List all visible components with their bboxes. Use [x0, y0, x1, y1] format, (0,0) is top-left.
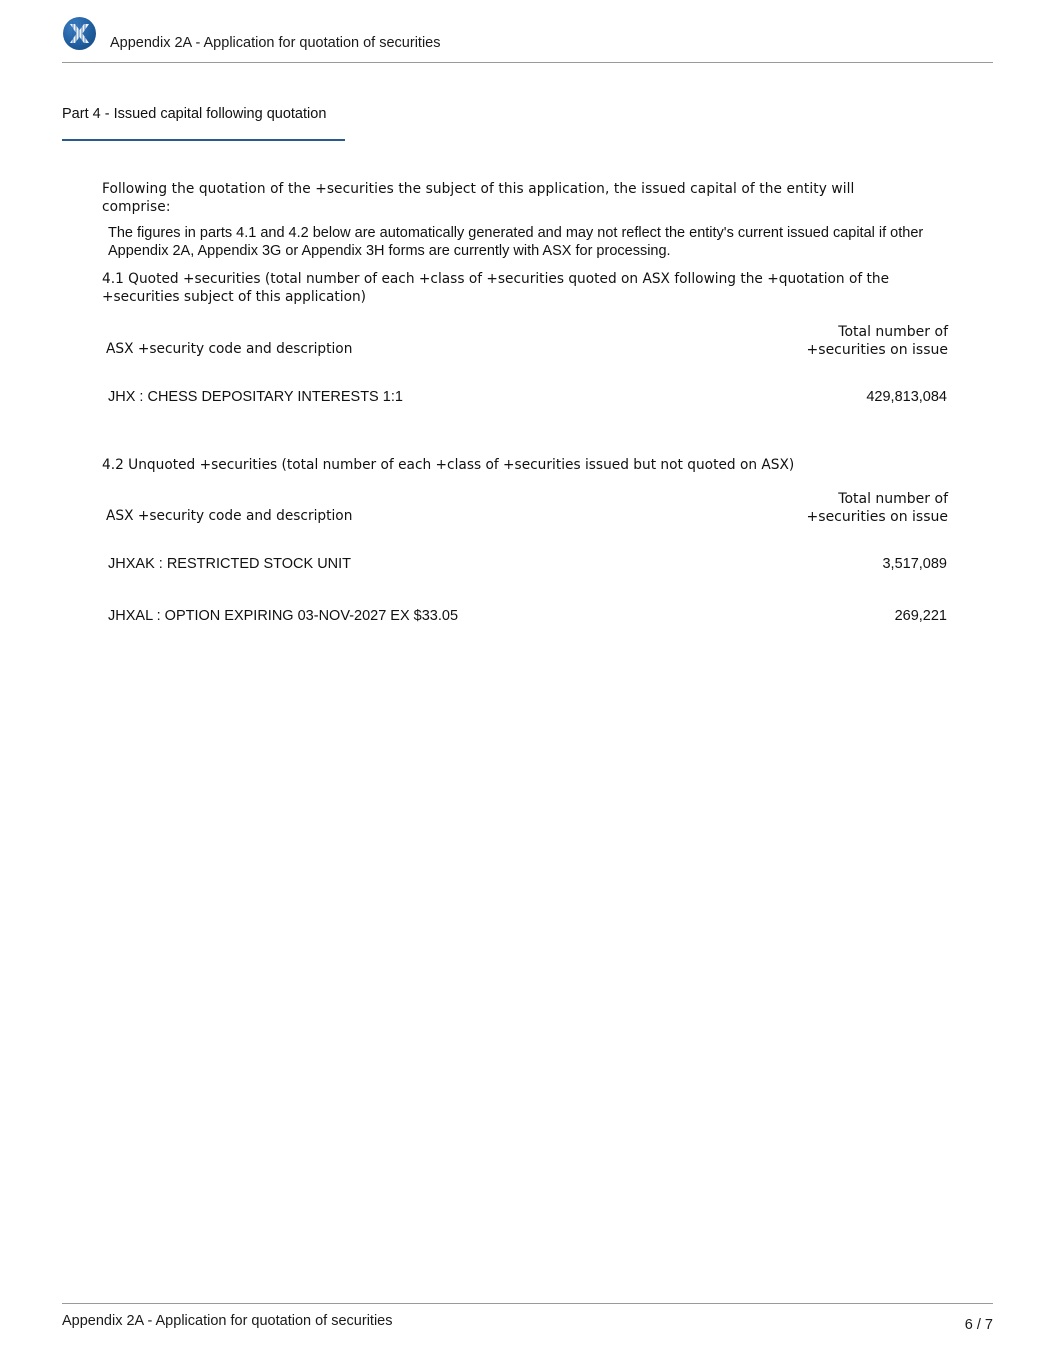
unquoted-securities-heading: 4.2 Unquoted +securities (total number o…: [102, 456, 935, 474]
column-header-total-line2: +securities on issue: [807, 341, 948, 359]
security-total: 429,813,084: [866, 389, 947, 405]
section-underline: [62, 139, 345, 141]
footer-divider: [62, 1303, 993, 1304]
footer-title: Appendix 2A - Application for quotation …: [62, 1313, 392, 1329]
column-header-total-line1: Total number of: [807, 490, 948, 508]
column-header-total: Total number of +securities on issue: [807, 490, 948, 526]
security-description: JHX : CHESS DEPOSITARY INTERESTS 1:1: [108, 389, 403, 405]
asx-logo-icon: [63, 17, 96, 50]
page-number: 6 / 7: [965, 1317, 993, 1333]
document-title: Appendix 2A - Application for quotation …: [110, 35, 440, 51]
security-total: 3,517,089: [882, 556, 947, 572]
page-header: Appendix 2A - Application for quotation …: [62, 16, 993, 63]
section-title: Part 4 - Issued capital following quotat…: [62, 106, 326, 122]
table-row: JHX : CHESS DEPOSITARY INTERESTS 1:1 429…: [106, 389, 948, 409]
quoted-securities-heading: 4.1 Quoted +securities (total number of …: [102, 270, 935, 306]
column-header-total-line1: Total number of: [807, 323, 948, 341]
security-description: JHXAK : RESTRICTED STOCK UNIT: [108, 556, 351, 572]
column-header-description: ASX +security code and description: [106, 341, 352, 357]
intro-text: Following the quotation of the +securiti…: [102, 180, 915, 216]
table-row: JHXAL : OPTION EXPIRING 03-NOV-2027 EX $…: [106, 608, 948, 628]
column-header-total-line2: +securities on issue: [807, 508, 948, 526]
note-text: The figures in parts 4.1 and 4.2 below a…: [108, 224, 958, 260]
security-description: JHXAL : OPTION EXPIRING 03-NOV-2027 EX $…: [108, 608, 458, 624]
column-header-total: Total number of +securities on issue: [807, 323, 948, 359]
table-row: JHXAK : RESTRICTED STOCK UNIT 3,517,089: [106, 556, 948, 576]
column-header-description: ASX +security code and description: [106, 508, 352, 524]
security-total: 269,221: [895, 608, 947, 624]
